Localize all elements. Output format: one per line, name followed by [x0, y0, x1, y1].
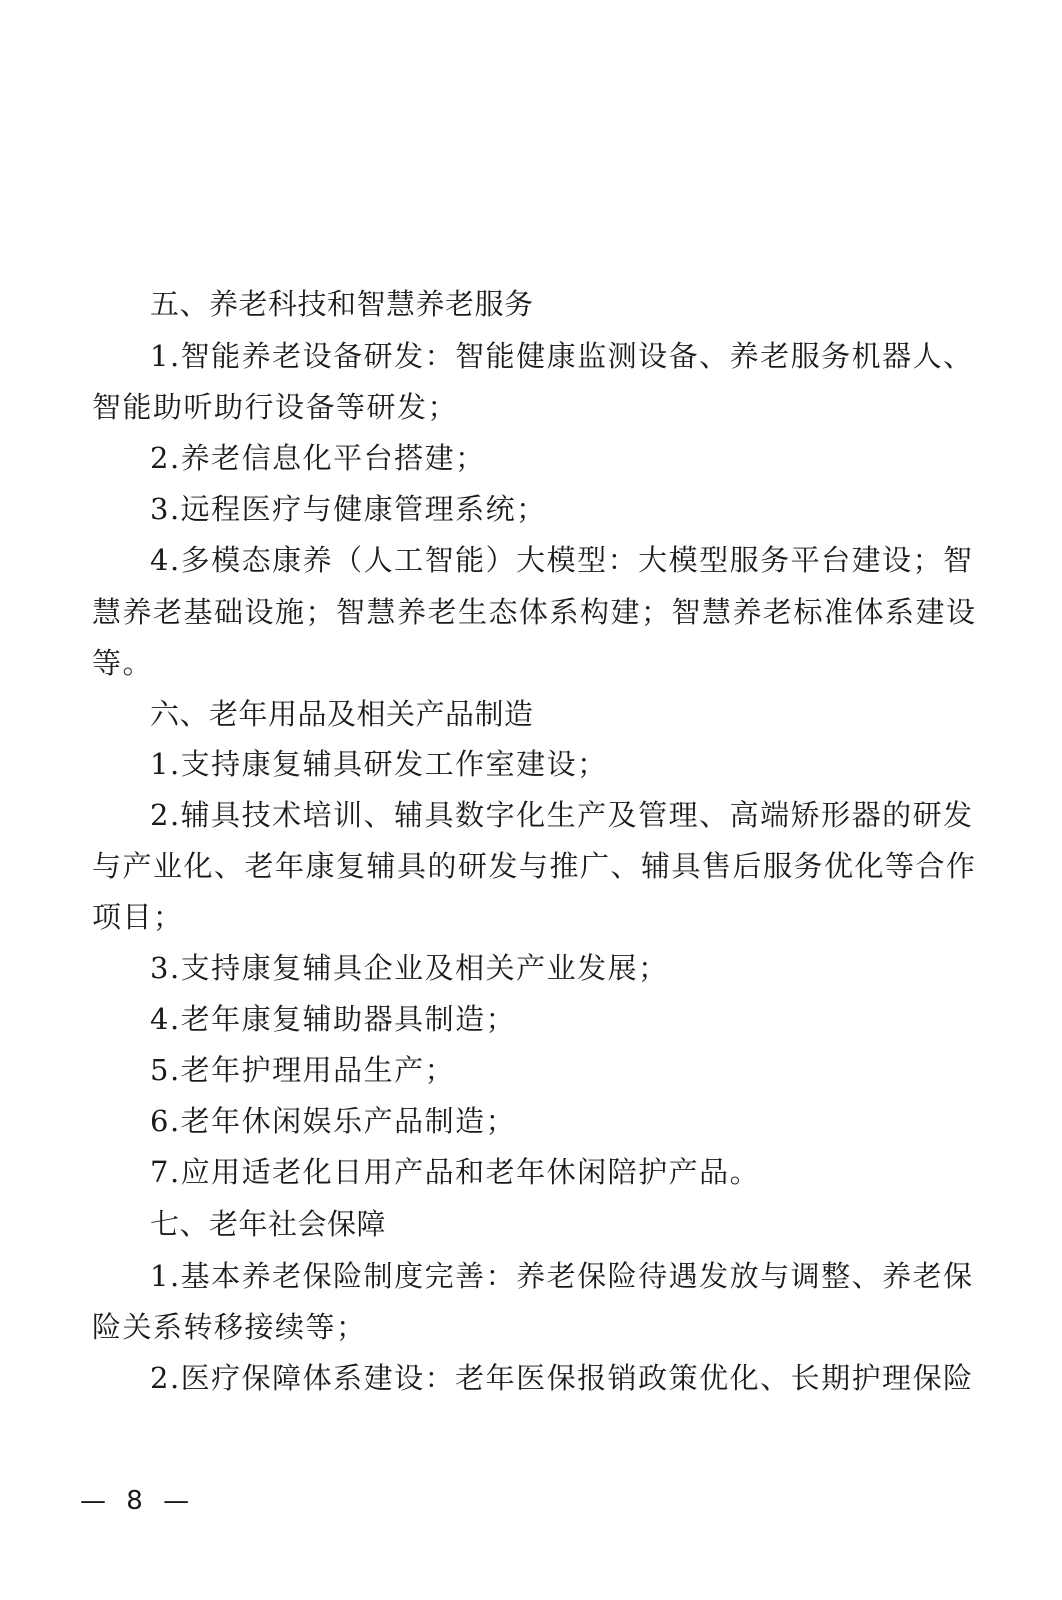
section5-item4-line2: 慧养老基础设施；智慧养老生态体系构建；智慧养老标准体系建设	[92, 594, 918, 630]
section6-item2-line2: 与产业化、老年康复辅具的研发与推广、辅具售后服务优化等合作	[92, 848, 918, 884]
section5-item4-line1: 4.多模态康养（人工智能）大模型：大模型服务平台建设；智	[150, 542, 918, 578]
section6-item7: 7.应用适老化日用产品和老年休闲陪护产品。	[150, 1154, 918, 1190]
section-heading-5: 五、养老科技和智慧养老服务	[150, 286, 918, 322]
section5-item1-line1: 1.智能养老设备研发：智能健康监测设备、养老服务机器人、	[150, 338, 918, 374]
section7-item1-line1: 1.基本养老保险制度完善：养老保险待遇发放与调整、养老保	[150, 1258, 918, 1294]
section6-item5: 5.老年护理用品生产；	[150, 1052, 918, 1088]
section6-item2-line1: 2.辅具技术培训、辅具数字化生产及管理、高端矫形器的研发	[150, 797, 918, 833]
section-heading-6: 六、老年用品及相关产品制造	[150, 696, 918, 732]
section6-item2-line3: 项目；	[92, 899, 918, 935]
section5-item4-line3: 等。	[92, 645, 918, 681]
section6-item6: 6.老年休闲娱乐产品制造；	[150, 1103, 918, 1139]
section6-item1: 1.支持康复辅具研发工作室建设；	[150, 746, 918, 782]
section-heading-7: 七、老年社会保障	[150, 1206, 918, 1242]
section6-item4: 4.老年康复辅助器具制造；	[150, 1001, 918, 1037]
section5-item1-line2: 智能助听助行设备等研发；	[92, 389, 918, 425]
section7-item2-line1: 2.医疗保障体系建设：老年医保报销政策优化、长期护理保险	[150, 1360, 918, 1396]
page-number: — 8 —	[80, 1486, 195, 1516]
section7-item1-line2: 险关系转移接续等；	[92, 1309, 918, 1345]
section5-item2: 2.养老信息化平台搭建；	[150, 440, 918, 476]
section5-item3: 3.远程医疗与健康管理系统；	[150, 491, 918, 527]
document-page: 五、养老科技和智慧养老服务 1.智能养老设备研发：智能健康监测设备、养老服务机器…	[0, 0, 1062, 1600]
section6-item3: 3.支持康复辅具企业及相关产业发展；	[150, 950, 918, 986]
